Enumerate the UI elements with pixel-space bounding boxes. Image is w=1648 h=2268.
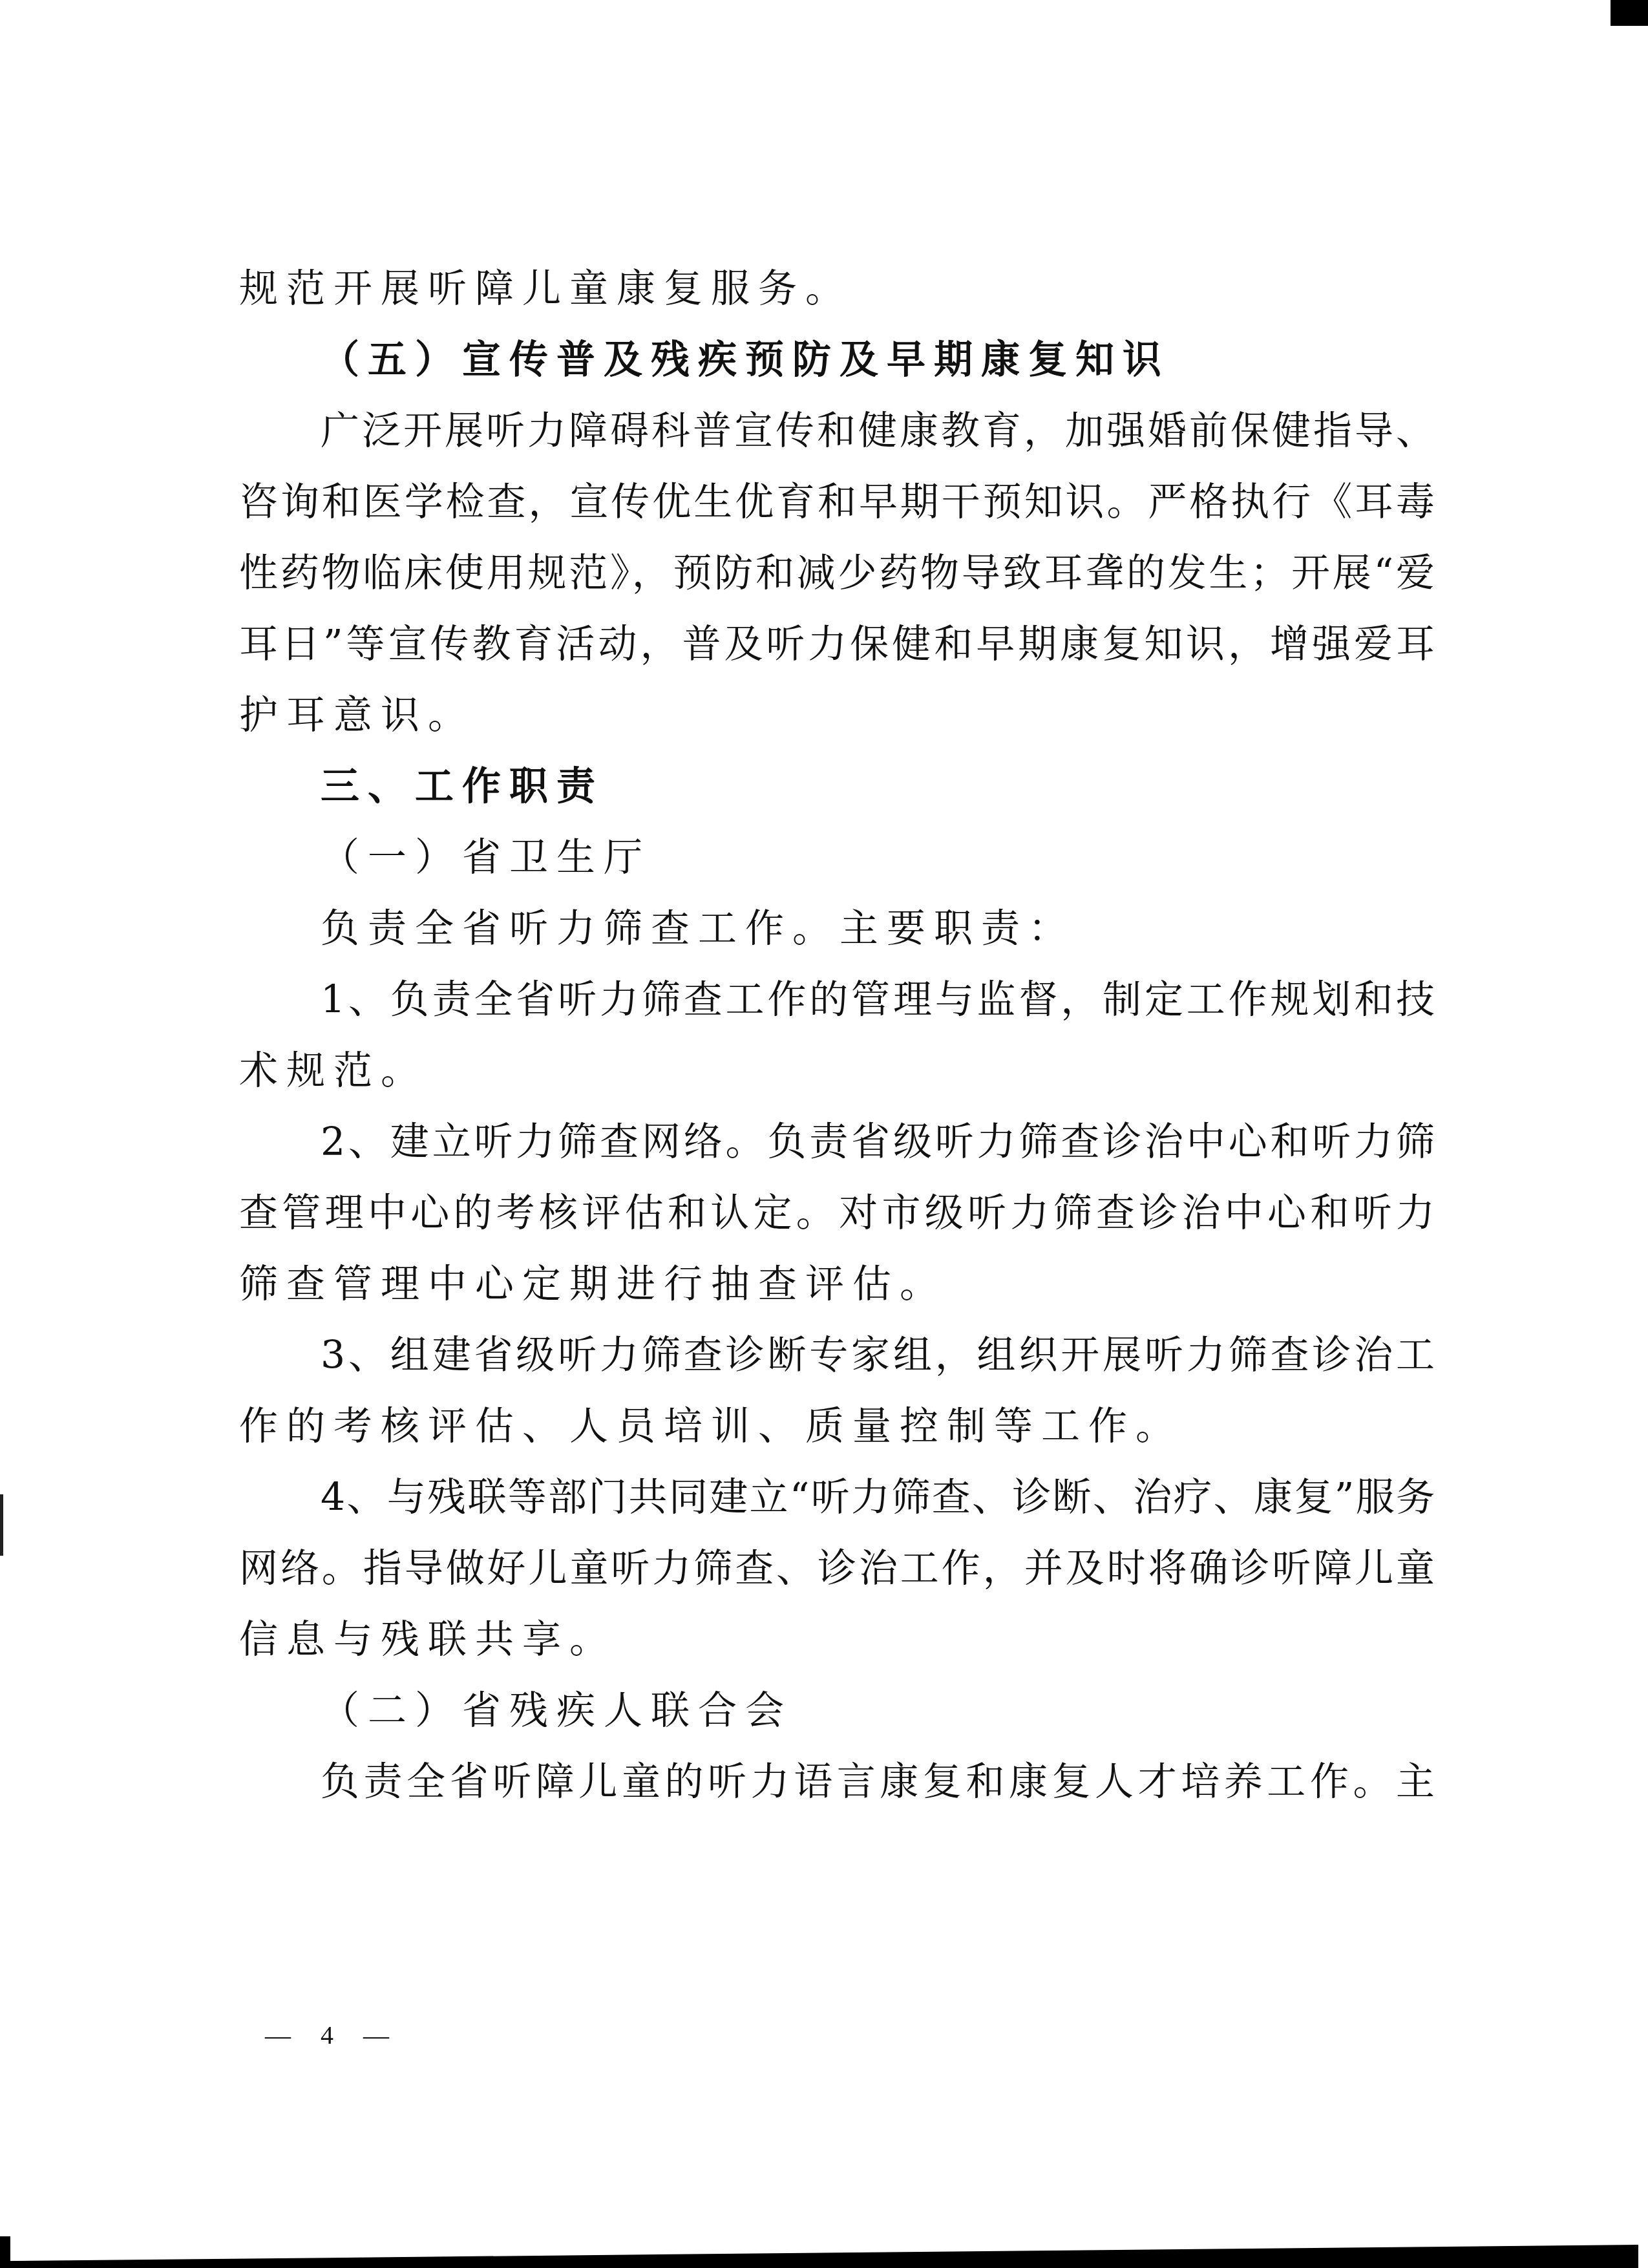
subsection-heading-health-dept: （一）省卫生厅: [239, 822, 1435, 893]
paragraph-line: 广泛开展听力障碍科普宣传和健康教育，加强婚前保健指导、: [239, 396, 1435, 467]
paragraph-line: 负责全省听障儿童的听力语言康复和康复人才培养工作。主: [239, 1746, 1435, 1818]
scan-artifact-corner: [1611, 0, 1648, 26]
list-item-2-cont: 筛查管理中心定期进行抽查评估。: [239, 1249, 1435, 1320]
section-heading-publicity: （五）宣传普及残疾预防及早期康复知识: [239, 324, 1435, 396]
scan-artifact-left-edge: [0, 1494, 3, 1556]
page-number: — 4 —: [265, 2020, 401, 2050]
section-heading-responsibilities: 三、工作职责: [239, 751, 1435, 822]
list-item-2: 2、建立听力筛查网络。负责省级听力筛查诊治中心和听力筛: [239, 1107, 1435, 1178]
scan-artifact-bottom-strip: [0, 2245, 1638, 2268]
paragraph-line: 负责全省听力筛查工作。主要职责：: [239, 893, 1435, 964]
list-item-4-cont: 网络。指导做好儿童听力筛查、诊治工作，并及时将确诊听障儿童: [239, 1533, 1435, 1604]
paragraph-line: 性药物临床使用规范》，预防和减少药物导致耳聋的发生；开展“爱: [239, 538, 1435, 609]
document-body: 规范开展听障儿童康复服务。 （五）宣传普及残疾预防及早期康复知识 广泛开展听力障…: [239, 253, 1435, 1818]
paragraph-line: 咨询和医学检查，宣传优生优育和早期干预知识。严格执行《耳毒: [239, 467, 1435, 538]
paragraph-line: 护耳意识。: [239, 680, 1435, 751]
paragraph-line-continuation: 规范开展听障儿童康复服务。: [239, 253, 1435, 324]
paragraph-line: 耳日”等宣传教育活动，普及听力保健和早期康复知识，增强爱耳: [239, 609, 1435, 680]
list-item-2-cont: 查管理中心的考核评估和认定。对市级听力筛查诊治中心和听力: [239, 1178, 1435, 1249]
list-item-4: 4、与残联等部门共同建立“听力筛查、诊断、治疗、康复”服务: [239, 1462, 1435, 1533]
list-item-1-cont: 术规范。: [239, 1035, 1435, 1107]
list-item-1: 1、负责全省听力筛查工作的管理与监督，制定工作规划和技: [239, 964, 1435, 1035]
subsection-heading-disabled-federation: （二）省残疾人联合会: [239, 1675, 1435, 1746]
list-item-3-cont: 作的考核评估、人员培训、质量控制等工作。: [239, 1391, 1435, 1462]
document-page: 规范开展听障儿童康复服务。 （五）宣传普及残疾预防及早期康复知识 广泛开展听力障…: [0, 0, 1648, 2268]
list-item-4-cont: 信息与残联共享。: [239, 1604, 1435, 1675]
list-item-3: 3、组建省级听力筛查诊断专家组，组织开展听力筛查诊治工: [239, 1320, 1435, 1391]
scan-artifact-bottom-left: [0, 2236, 10, 2268]
